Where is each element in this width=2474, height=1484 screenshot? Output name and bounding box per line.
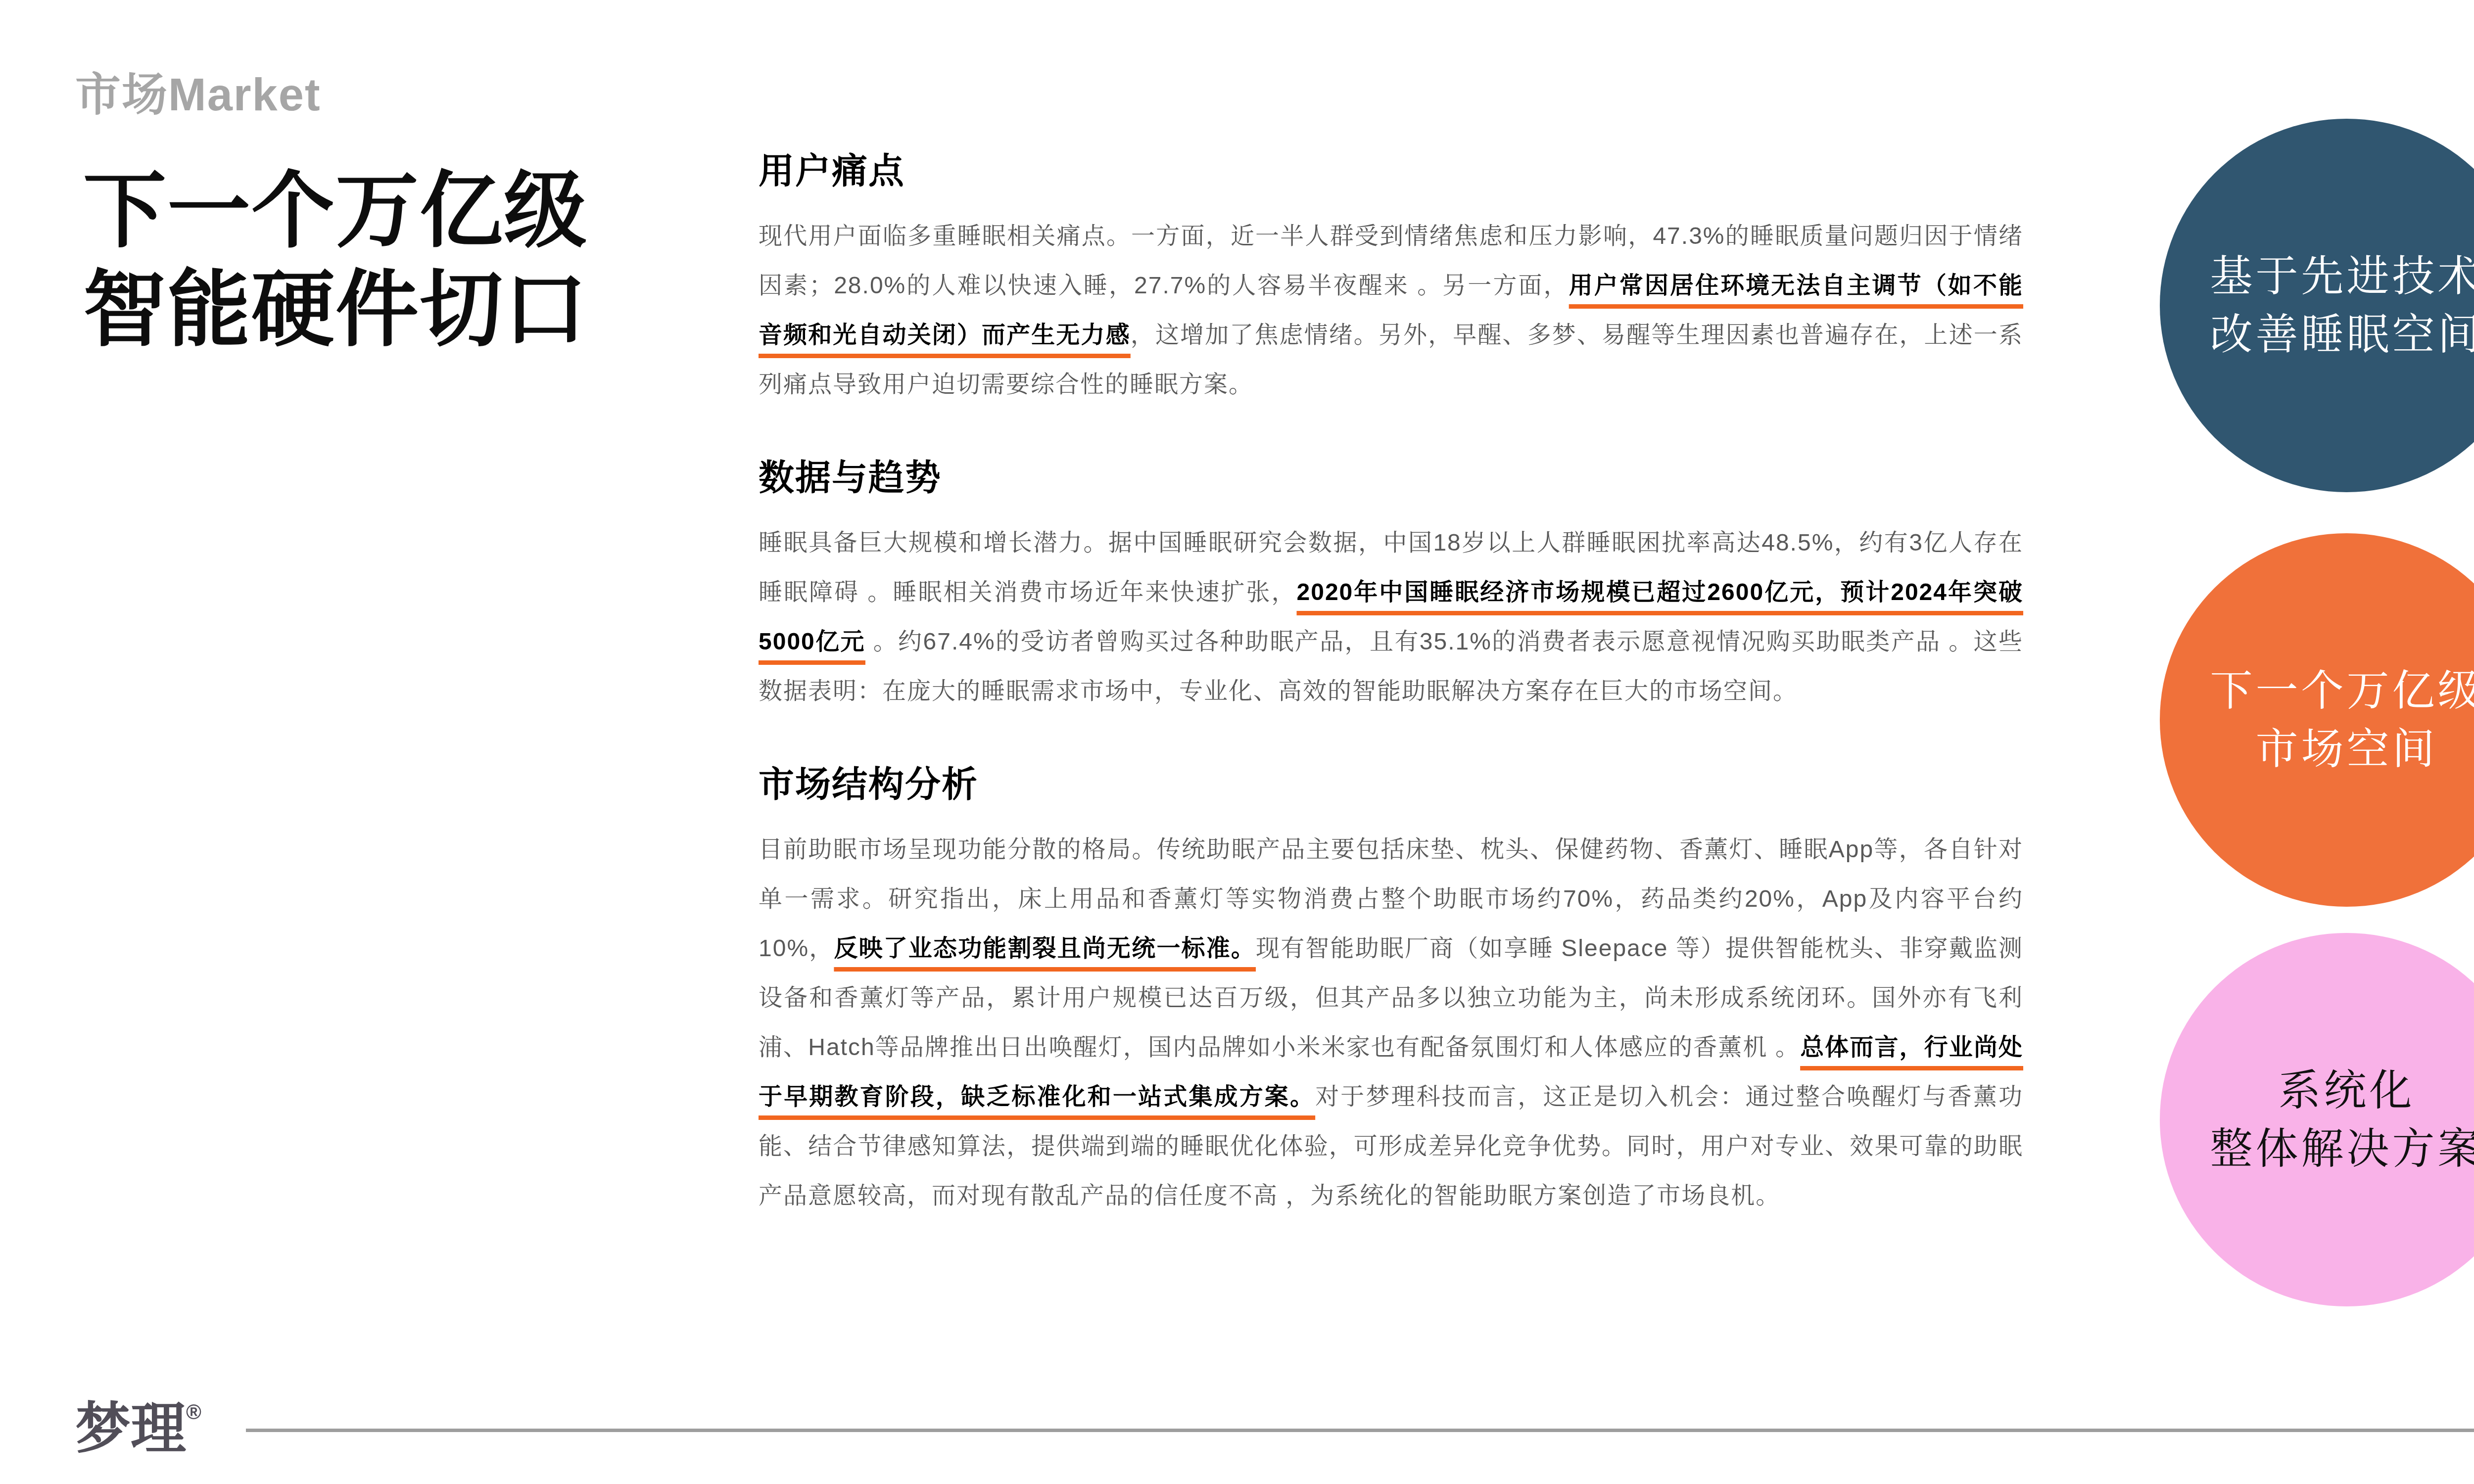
page-title-line2: 智能硬件切口 bbox=[83, 260, 588, 359]
key-point-label-line: 改善睡眠空间 bbox=[2210, 306, 2474, 364]
section-paragraph: 目前助眠市场呈现功能分散的格局。传统助眠产品主要包括床垫、枕头、保健药物、香薰灯… bbox=[759, 825, 2023, 1221]
section-paragraph: 睡眠具备巨大规模和增长潜力。据中国睡眠研究会数据，中国18岁以上人群睡眠困扰率高… bbox=[759, 518, 2023, 716]
content-sections: 用户痛点现代用户面临多重睡眠相关痛点。一方面，近一半人群受到情绪焦虑和压力影响，… bbox=[759, 148, 2023, 1221]
section: 用户痛点现代用户面临多重睡眠相关痛点。一方面，近一半人群受到情绪焦虑和压力影响，… bbox=[759, 148, 2023, 410]
key-point-label-line: 基于先进技术 bbox=[2210, 247, 2474, 306]
key-point-label-line: 整体解决方案 bbox=[2210, 1120, 2474, 1178]
section: 市场结构分析目前助眠市场呈现功能分散的格局。传统助眠产品主要包括床垫、枕头、保健… bbox=[759, 762, 2023, 1221]
key-point-label: 系统化整体解决方案 bbox=[2210, 1062, 2474, 1178]
key-point-circle: 下一个万亿级市场空间 bbox=[2160, 533, 2474, 907]
section-heading: 用户痛点 bbox=[759, 148, 2023, 194]
slide-market: { "header": { "eyebrow": "市场Market" }, "… bbox=[0, 0, 2474, 1484]
section-heading: 市场结构分析 bbox=[759, 762, 2023, 807]
key-point-label-line: 下一个万亿级 bbox=[2210, 662, 2474, 720]
page-title-line1: 下一个万亿级 bbox=[83, 161, 588, 260]
brand-logo-text: 梦理 bbox=[75, 1398, 186, 1460]
section: 数据与趋势睡眠具备巨大规模和增长潜力。据中国睡眠研究会数据，中国18岁以上人群睡… bbox=[759, 455, 2023, 716]
key-point-label: 下一个万亿级市场空间 bbox=[2210, 662, 2474, 779]
key-point-label-line: 市场空间 bbox=[2210, 720, 2474, 779]
key-point-circle: 基于先进技术改善睡眠空间 bbox=[2160, 119, 2474, 492]
page-title: 下一个万亿级 智能硬件切口 bbox=[83, 161, 588, 359]
section-paragraph: 现代用户面临多重睡眠相关痛点。一方面，近一半人群受到情绪焦虑和压力影响，47.3… bbox=[759, 212, 2023, 410]
eyebrow-label: 市场Market bbox=[75, 58, 321, 124]
key-point-circle: 系统化整体解决方案 bbox=[2160, 933, 2474, 1306]
brand-logo: 梦理® bbox=[75, 1380, 201, 1461]
registered-mark-icon: ® bbox=[186, 1400, 201, 1424]
key-point-label-line: 系统化 bbox=[2210, 1062, 2474, 1120]
highlighted-text: 反映了业态功能割裂且尚无统一标准。 bbox=[834, 935, 1256, 962]
section-heading: 数据与趋势 bbox=[759, 455, 2023, 501]
key-point-label: 基于先进技术改善睡眠空间 bbox=[2210, 247, 2474, 364]
body-text: 。约67.4%的受访者曾购买过各种助眠产品，且有35.1%的消费者表示愿意视情况… bbox=[759, 629, 2023, 704]
footer-divider bbox=[246, 1429, 2474, 1432]
